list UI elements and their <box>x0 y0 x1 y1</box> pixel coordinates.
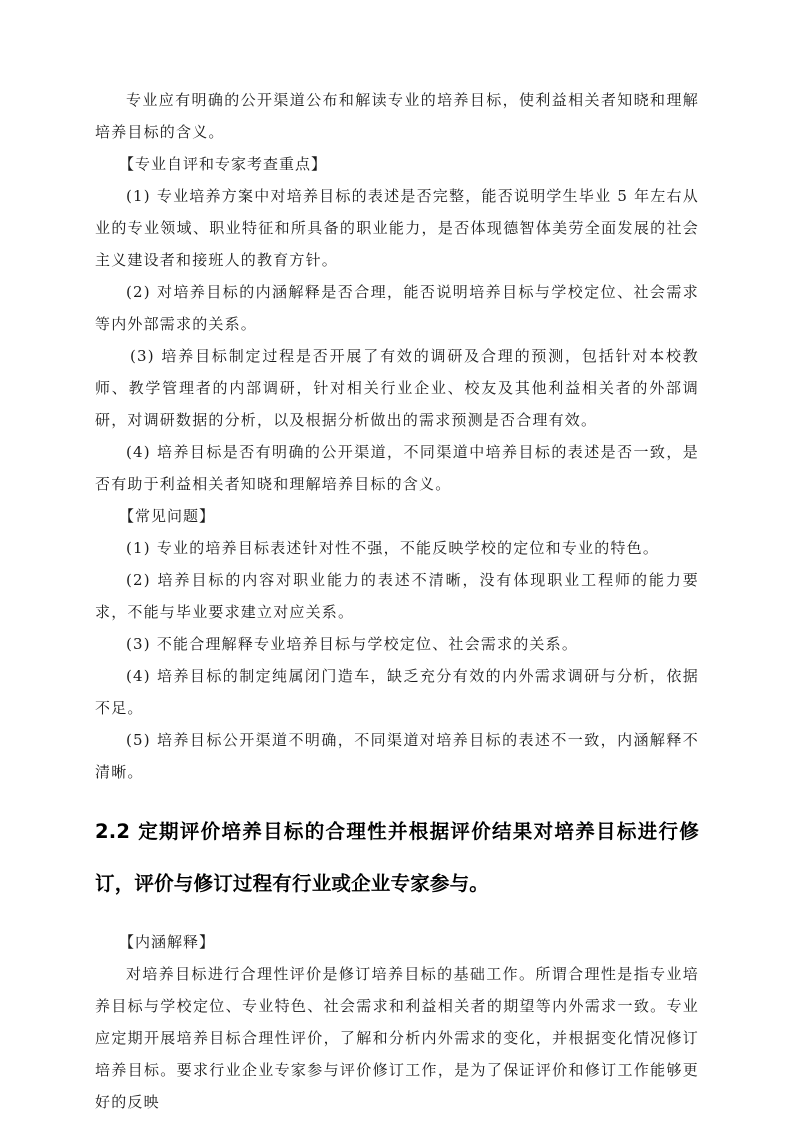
review-focus-item-2: (2) 对培养目标的内涵解释是否合理，能否说明培养目标与学校定位、社会需求等内外… <box>95 276 699 340</box>
review-focus-label: 【专业自评和专家考查重点】 <box>95 148 699 180</box>
common-issue-5: (5) 培养目标公开渠道不明确，不同渠道对培养目标的表述不一致，内涵解释不清晰。 <box>95 724 699 788</box>
spacer <box>95 788 699 806</box>
spacer <box>95 910 699 926</box>
document-page: 专业应有明确的公开渠道公布和解读专业的培养目标，使利益相关者知晓和理解培养目标的… <box>95 84 699 1118</box>
common-issue-2: (2) 培养目标的内容对职业能力的表述不清晰，没有体现职业工程师的能力要求，不能… <box>95 564 699 628</box>
connotation-paragraph: 对培养目标进行合理性评价是修订培养目标的基础工作。所谓合理性是指专业培养目标与学… <box>95 958 699 1118</box>
intro-paragraph: 专业应有明确的公开渠道公布和解读专业的培养目标，使利益相关者知晓和理解培养目标的… <box>95 84 699 148</box>
common-issue-1: (1) 专业的培养目标表述针对性不强，不能反映学校的定位和专业的特色。 <box>95 532 699 564</box>
review-focus-item-3: (3) 培养目标制定过程是否开展了有效的调研及合理的预测，包括针对本校教师、教学… <box>95 340 699 436</box>
connotation-label: 【内涵解释】 <box>95 926 699 958</box>
common-issue-3: (3) 不能合理解释专业培养目标与学校定位、社会需求的关系。 <box>95 628 699 660</box>
review-focus-item-1: (1) 专业培养方案中对培养目标的表述是否完整，能否说明学生毕业 5 年左右从业… <box>95 180 699 276</box>
section-heading: 2.2 定期评价培养目标的合理性并根据评价结果对培养目标进行修订，评价与修订过程… <box>95 806 699 910</box>
review-focus-item-4: (4) 培养目标是否有明确的公开渠道，不同渠道中培养目标的表述是否一致，是否有助… <box>95 436 699 500</box>
common-issue-4: (4) 培养目标的制定纯属闭门造车，缺乏充分有效的内外需求调研与分析，依据不足。 <box>95 660 699 724</box>
common-issues-label: 【常见问题】 <box>95 500 699 532</box>
